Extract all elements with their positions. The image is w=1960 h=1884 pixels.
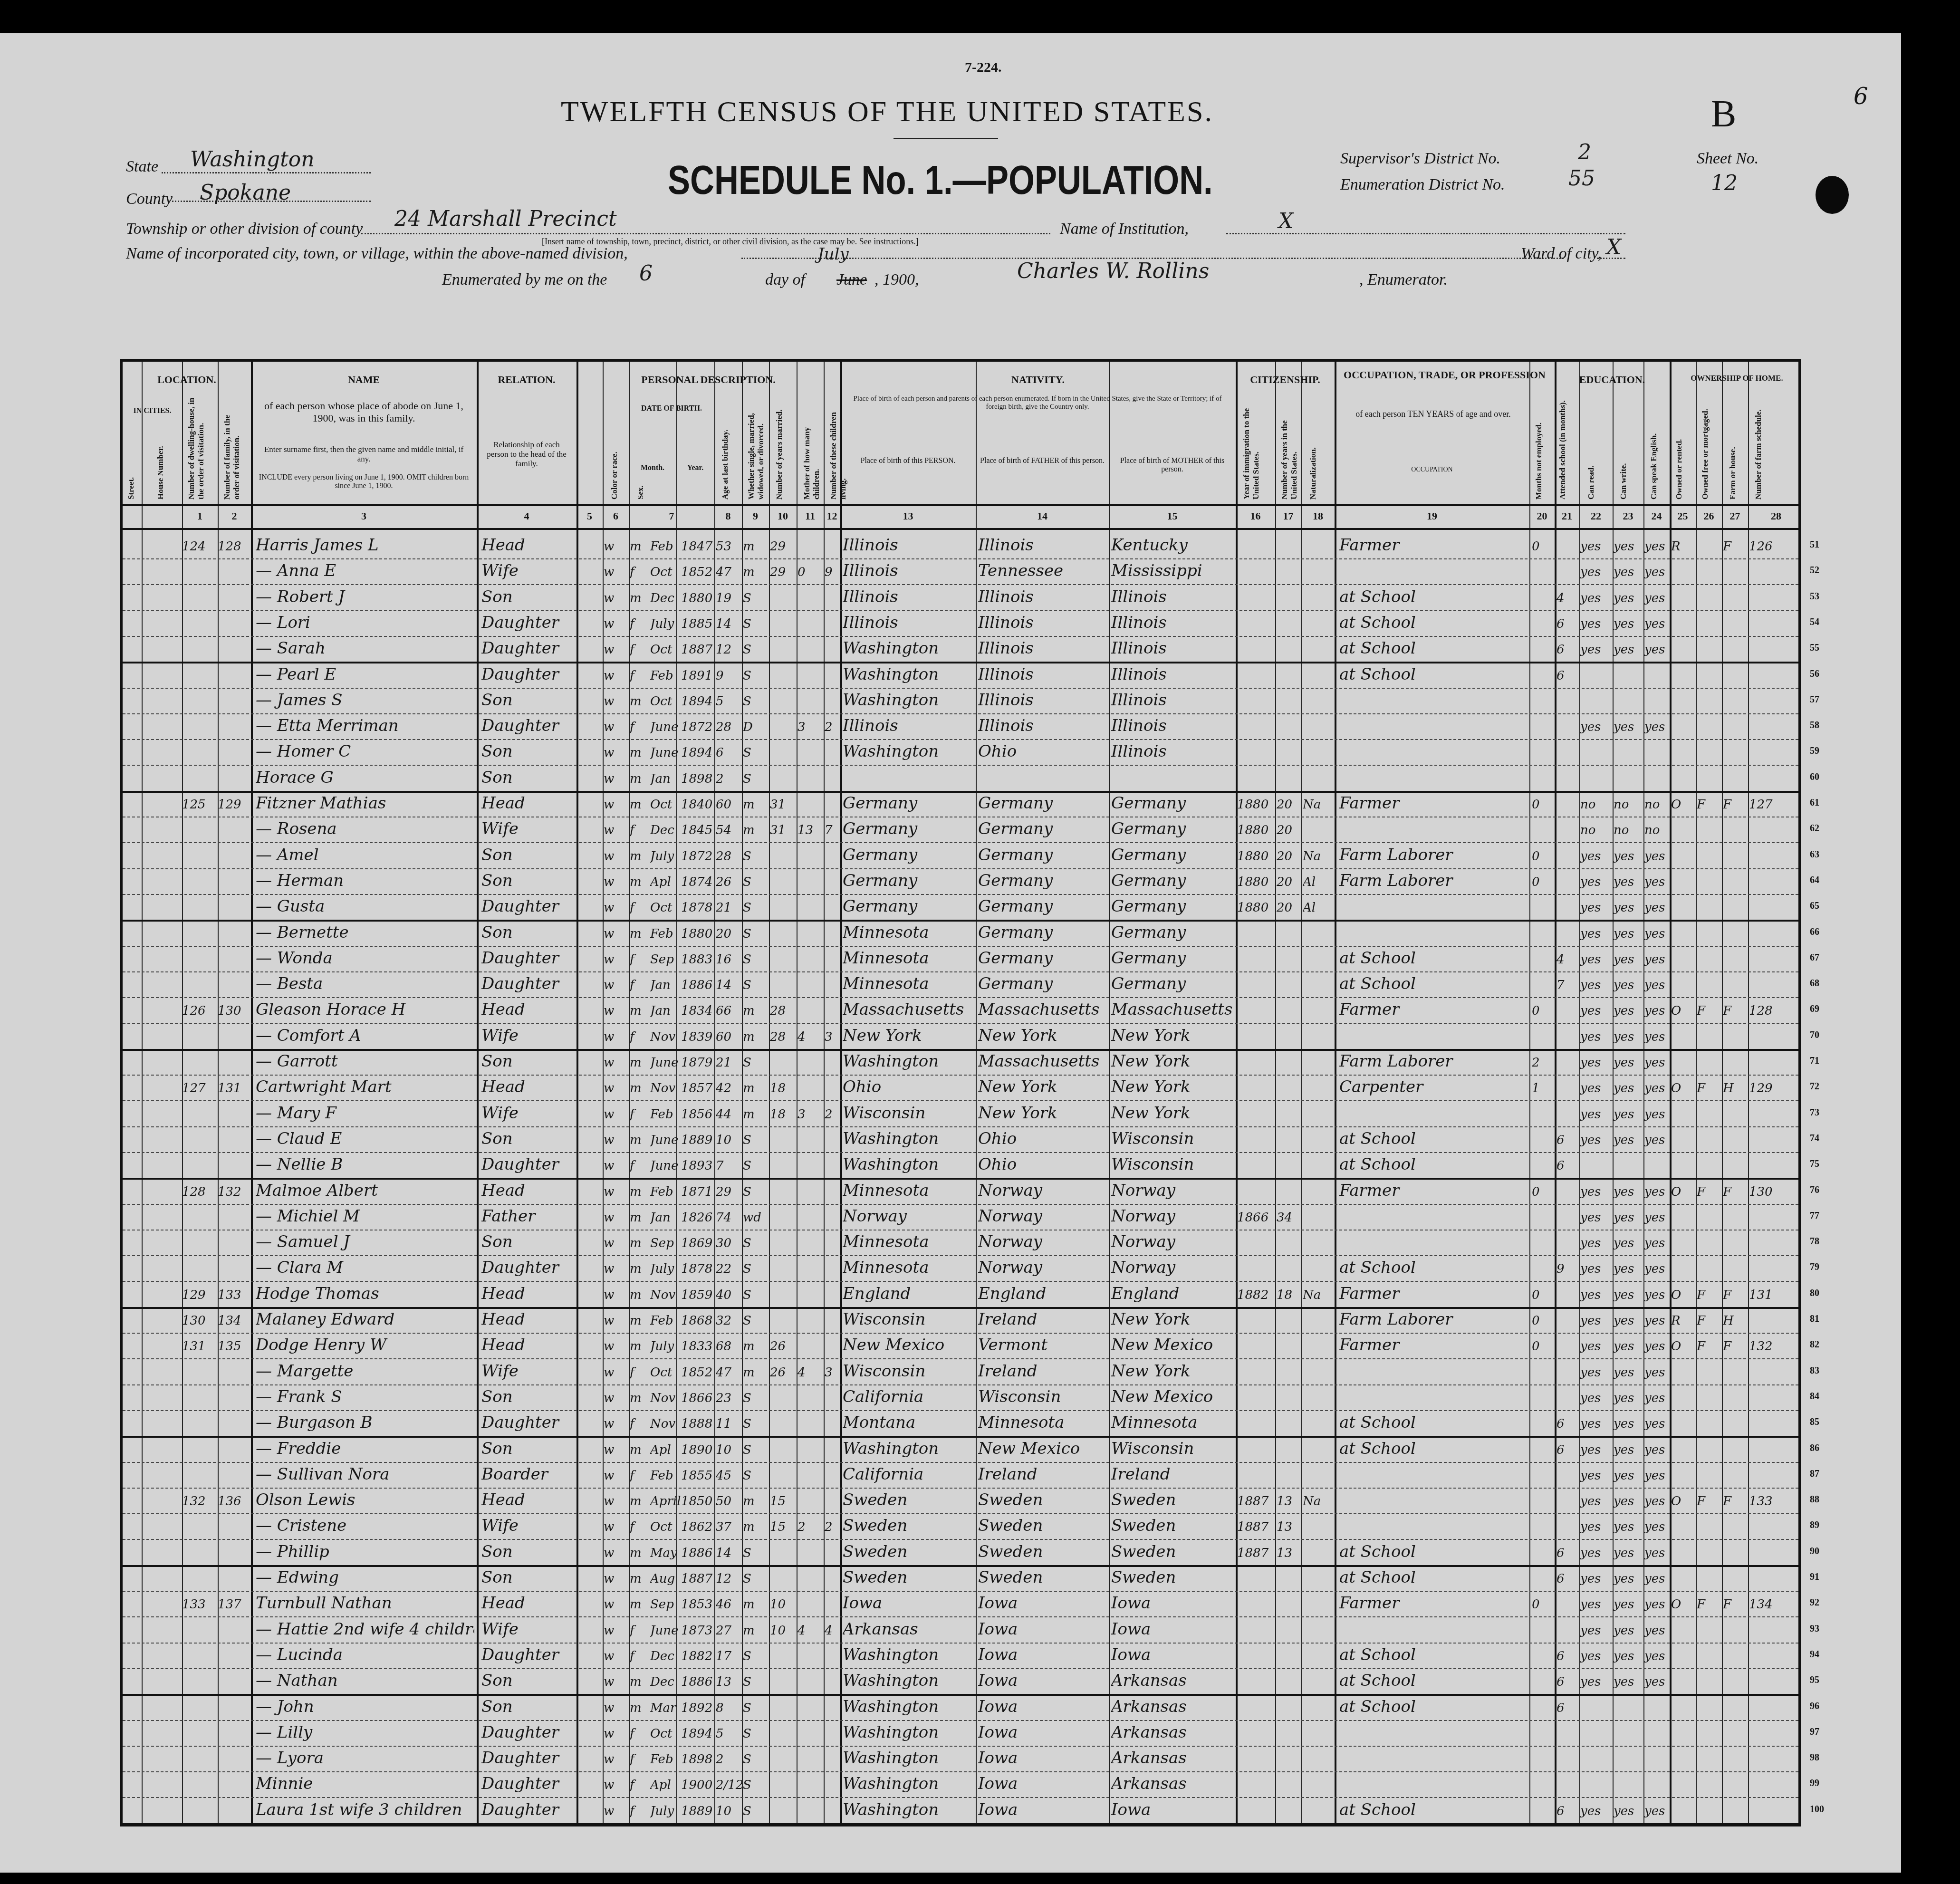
mother-of-label: Mother of how many children.: [802, 395, 821, 500]
line-number: 56: [1810, 669, 1819, 680]
cell-sex: f: [630, 617, 651, 631]
cell-sex: m: [630, 1211, 651, 1225]
children-living-label: Number of these children living.: [829, 395, 848, 500]
population-table: LOCATION. NAME RELATION. PERSONAL DESCRI…: [120, 359, 1801, 1826]
cell-pob-father: Ireland: [978, 1465, 1109, 1484]
cell-sex: m: [630, 746, 651, 760]
line-number: 92: [1810, 1597, 1819, 1608]
cell-pob: Washington: [843, 1052, 976, 1071]
cell-year: 1862: [681, 1520, 714, 1534]
cell-read: yes: [1580, 1494, 1613, 1509]
cell-write: yes: [1614, 1417, 1643, 1431]
cell-marital: S: [743, 1727, 769, 1741]
cell-name: — Etta Merriman: [256, 716, 474, 735]
group-name: NAME: [251, 374, 477, 386]
institution-label: Name of Institution,: [1060, 220, 1189, 238]
cell-living: 3: [825, 1030, 840, 1044]
cell-relation: Son: [481, 1439, 574, 1458]
line-number: 75: [1810, 1159, 1819, 1170]
cell-pob-father: New York: [978, 1104, 1109, 1123]
cell-relation: Son: [481, 1542, 574, 1561]
cell-mother-of: 3: [797, 1107, 824, 1122]
cell-relation: Daughter: [481, 716, 574, 735]
cell-year: 1885: [681, 617, 714, 631]
cell-pob-mother: Illinois: [1111, 691, 1236, 710]
cell-age: 2/12: [716, 1778, 742, 1792]
cell-school: 6: [1556, 1701, 1579, 1715]
months-unemployed-label: Months not employed.: [1534, 409, 1544, 500]
cell-age: 40: [716, 1288, 742, 1302]
cell-pob-mother: Massachusetts: [1111, 1000, 1236, 1019]
cell-year: 1868: [681, 1314, 714, 1328]
cell-sex: m: [630, 1133, 651, 1147]
cell-age: 7: [716, 1159, 742, 1173]
cell-name: — Sullivan Nora: [256, 1465, 474, 1484]
cell-sex: m: [630, 1701, 651, 1715]
cell-write: yes: [1614, 1185, 1643, 1199]
cell-read: yes: [1580, 1675, 1613, 1689]
cell-pob-father: England: [978, 1284, 1109, 1303]
table-row: — RosenaWifewfDec184554m31137GermanyGerm…: [123, 817, 1798, 844]
cell-name: Hodge Thomas: [256, 1284, 474, 1303]
cell-occupation: at School: [1339, 665, 1529, 684]
cell-age: 60: [716, 1030, 742, 1044]
cell-age: 29: [716, 1185, 742, 1199]
cell-schedule: 132: [1749, 1339, 1801, 1354]
cell-age: 44: [716, 1107, 742, 1122]
cell-occupation: at School: [1339, 1568, 1529, 1587]
cell-schedule: 127: [1749, 798, 1801, 812]
group-occupation: OCCUPATION, TRADE, OR PROFESSION: [1335, 369, 1555, 381]
cell-pob-father: Iowa: [978, 1749, 1109, 1768]
cell-color: w: [604, 772, 627, 786]
cell-year: 1840: [681, 798, 714, 812]
cell-color: w: [604, 823, 627, 837]
cell-write: yes: [1614, 643, 1643, 657]
line-number: 71: [1810, 1056, 1819, 1067]
cell-sex: f: [630, 643, 651, 657]
township-label: Township or other division of county: [126, 220, 363, 238]
cell-dwelling: 130: [182, 1314, 218, 1328]
cell-sex: m: [630, 1443, 651, 1457]
cell-sex: m: [630, 1004, 651, 1018]
cell-speak: yes: [1644, 1391, 1670, 1405]
cell-age: 47: [716, 1365, 742, 1380]
cell-speak: yes: [1644, 1262, 1670, 1276]
cell-unemployed: 0: [1532, 1597, 1555, 1612]
cell-speak: yes: [1644, 1597, 1670, 1612]
cell-marital: m: [743, 565, 769, 579]
cell-marital: S: [743, 1262, 769, 1276]
cell-color: w: [604, 1417, 627, 1431]
line-number: 60: [1810, 772, 1819, 783]
month-struck: June: [836, 271, 867, 289]
cell-unemployed: 0: [1532, 875, 1555, 889]
cell-marital: S: [743, 669, 769, 683]
cell-year: 1857: [681, 1081, 714, 1096]
cell-free: F: [1697, 1081, 1722, 1096]
cell-pob-mother: Illinois: [1111, 716, 1236, 735]
cell-pob: Sweden: [843, 1490, 976, 1509]
cell-read: yes: [1580, 643, 1613, 657]
cell-year: 1898: [681, 1752, 714, 1767]
column-number: 20: [1529, 510, 1555, 522]
cell-unemployed: 0: [1532, 1004, 1555, 1018]
cell-marital: S: [743, 617, 769, 631]
line-number: 81: [1810, 1314, 1819, 1325]
cell-marital: S: [743, 1185, 769, 1199]
cell-occupation: Farmer: [1339, 1181, 1529, 1200]
cell-pob-father: Ireland: [978, 1362, 1109, 1381]
cell-marital: wd: [743, 1211, 769, 1225]
cell-color: w: [604, 1727, 627, 1741]
cell-color: w: [604, 1804, 627, 1818]
table-row: — Etta MerrimanDaughterwfJune187228D32Il…: [123, 713, 1798, 740]
cell-pob: Minnesota: [843, 1258, 976, 1277]
table-row: — FreddieSonwmApl189010SWashingtonNew Me…: [123, 1436, 1798, 1463]
cell-speak: yes: [1644, 643, 1670, 657]
cell-speak: yes: [1644, 978, 1670, 992]
cell-occupation: at School: [1339, 639, 1529, 658]
cell-read: yes: [1580, 539, 1613, 554]
cell-year: 1893: [681, 1159, 714, 1173]
cell-color: w: [604, 643, 627, 657]
cell-speak: yes: [1644, 1624, 1670, 1638]
cell-color: w: [604, 1649, 627, 1663]
cell-color: w: [604, 1133, 627, 1147]
line-number: 54: [1810, 617, 1819, 628]
cell-pob-mother: Norway: [1111, 1258, 1236, 1277]
cell-color: w: [604, 539, 627, 554]
cell-pob-father: Massachusetts: [978, 1000, 1109, 1019]
cell-pob: Germany: [843, 794, 976, 813]
cell-year: 1869: [681, 1236, 714, 1250]
cell-sex: m: [630, 875, 651, 889]
cell-free: F: [1697, 798, 1722, 812]
table-row: — Frank SSonwmNov186623SCaliforniaWiscon…: [123, 1384, 1798, 1412]
cell-speak: yes: [1644, 927, 1670, 941]
cell-relation: Son: [481, 691, 574, 710]
cell-mother-of: 3: [797, 720, 824, 734]
cell-relation: Son: [481, 1568, 574, 1587]
group-personal: PERSONAL DESCRIPTION.: [576, 374, 840, 386]
cell-pob-mother: Sweden: [1111, 1516, 1236, 1535]
margin-note: 6: [1854, 83, 1868, 110]
supervisor-label: Supervisor's District No.: [1340, 150, 1500, 168]
cell-pob-mother: Illinois: [1111, 587, 1236, 606]
cell-pob-father: Sweden: [978, 1516, 1109, 1535]
cell-pob: Washington: [843, 1439, 976, 1458]
cell-name: — Garrott: [256, 1052, 474, 1071]
cell-write: yes: [1614, 1339, 1643, 1354]
line-number: 97: [1810, 1727, 1819, 1738]
cell-yrs-married: 29: [770, 539, 796, 554]
cell-pob: Sweden: [843, 1542, 976, 1561]
cell-pob-mother: New York: [1111, 1104, 1236, 1123]
line-number: 73: [1810, 1107, 1819, 1118]
cell-color: w: [604, 1443, 627, 1457]
cell-age: 2: [716, 772, 742, 786]
cell-unemployed: 0: [1532, 1288, 1555, 1302]
ward-value: X: [1606, 235, 1621, 260]
cell-age: 19: [716, 591, 742, 606]
table-row: — SarahDaughterwfOct188712SWashingtonIll…: [123, 636, 1798, 663]
table-row: 126130Gleason Horace HHeadwmJan183466m28…: [123, 997, 1798, 1024]
cell-relation: Daughter: [481, 1413, 574, 1432]
column-number: 7: [629, 510, 714, 522]
cell-dwelling: 128: [182, 1185, 218, 1199]
cell-pob-father: Iowa: [978, 1620, 1109, 1639]
column-number: 17: [1275, 510, 1301, 522]
cell-owned: O: [1671, 1081, 1696, 1096]
cell-sex: f: [630, 1030, 651, 1044]
cell-pob-mother: Iowa: [1111, 1594, 1236, 1613]
table-row: — JohnSonwmMar18928SWashingtonIowaArkans…: [123, 1694, 1798, 1721]
cell-relation: Son: [481, 1052, 574, 1071]
cell-school: 4: [1556, 952, 1579, 967]
cell-relation: Wife: [481, 561, 574, 580]
cell-occupation: Farm Laborer: [1339, 1310, 1529, 1329]
cell-year: 1886: [681, 1675, 714, 1689]
cell-read: yes: [1580, 1211, 1613, 1225]
cell-write: no: [1614, 823, 1643, 837]
cell-year: 1882: [681, 1649, 714, 1663]
cell-relation: Boarder: [481, 1465, 574, 1484]
cell-color: w: [604, 591, 627, 606]
cell-relation: Daughter: [481, 639, 574, 658]
cell-name: — Wonda: [256, 949, 474, 968]
cell-year: 1883: [681, 952, 714, 967]
enumerated-label: Enumerated by me on the: [442, 271, 607, 289]
table-row: — Sullivan NoraBoarderwfFeb185545SCalifo…: [123, 1462, 1798, 1489]
cell-nat: Na: [1303, 1288, 1335, 1302]
line-number: 86: [1810, 1443, 1819, 1454]
cell-year: 1887: [681, 643, 714, 657]
cell-year: 1833: [681, 1339, 714, 1354]
cell-unemployed: 0: [1532, 1314, 1555, 1328]
cell-unemployed: 1: [1532, 1081, 1555, 1096]
cell-pob: Washington: [843, 1723, 976, 1742]
cell-nat: Na: [1303, 798, 1335, 812]
cell-yrs-us: 20: [1277, 849, 1301, 864]
table-row: — Robert JSonwmDec188019SIllinoisIllinoi…: [123, 585, 1798, 612]
cell-name: — Frank S: [256, 1387, 474, 1406]
table-row: MinnieDaughterwfApl19002/12SWashingtonIo…: [123, 1771, 1798, 1798]
table-row: — Michiel MFatherwmJan182674wdNorwayNorw…: [123, 1204, 1798, 1231]
cell-age: 54: [716, 823, 742, 837]
table-row: — LyoraDaughterwfFeb18982SWashingtonIowa…: [123, 1746, 1798, 1773]
cell-pob-father: Iowa: [978, 1645, 1109, 1664]
cell-color: w: [604, 746, 627, 760]
cell-pob: Illinois: [843, 613, 976, 632]
cell-marital: S: [743, 1752, 769, 1767]
cell-write: no: [1614, 798, 1643, 812]
column-number: 9: [742, 510, 769, 522]
cell-nat: Al: [1303, 875, 1335, 889]
cell-occupation: Farmer: [1339, 1336, 1529, 1355]
line-number: 57: [1810, 694, 1819, 705]
line-number: 52: [1810, 565, 1819, 576]
cell-sex: m: [630, 1597, 651, 1612]
cell-color: w: [604, 875, 627, 889]
cell-write: yes: [1614, 952, 1643, 967]
cell-yrs-married: 15: [770, 1494, 796, 1509]
cell-pob: Washington: [843, 1155, 976, 1174]
street-label: Street.: [126, 423, 136, 500]
cell-marital: m: [743, 1004, 769, 1018]
cell-name: — Lucinda: [256, 1645, 474, 1664]
cell-name: — Margette: [256, 1362, 474, 1381]
cell-age: 14: [716, 1546, 742, 1560]
cell-pob: Washington: [843, 1671, 976, 1690]
cell-color: w: [604, 1624, 627, 1638]
cell-speak: yes: [1644, 1572, 1670, 1586]
cell-pob-mother: Sweden: [1111, 1542, 1236, 1561]
cell-owned: O: [1671, 1004, 1696, 1018]
cell-read: yes: [1580, 1081, 1613, 1096]
table-row: — EdwingSonwmAug188712SSwedenSwedenSwede…: [123, 1565, 1798, 1592]
cell-name: — Gusta: [256, 897, 474, 916]
group-relation: RELATION.: [477, 374, 576, 386]
cell-sex: f: [630, 1159, 651, 1173]
cell-yrs-us: 20: [1277, 901, 1301, 915]
cell-mother-of: 13: [797, 823, 824, 837]
cell-relation: Daughter: [481, 1723, 574, 1742]
cell-marital: m: [743, 1339, 769, 1354]
cell-sex: f: [630, 823, 651, 837]
cell-pob: Washington: [843, 691, 976, 710]
table-row: — Hattie 2nd wife 4 childrenWifewfJune18…: [123, 1617, 1798, 1644]
cell-color: w: [604, 694, 627, 709]
cell-pob-father: Norway: [978, 1258, 1109, 1277]
table-row: — LillyDaughterwfOct18945SWashingtonIowa…: [123, 1720, 1798, 1747]
cell-school: 6: [1556, 1675, 1579, 1689]
state-label: State: [126, 158, 158, 176]
cell-speak: yes: [1644, 1211, 1670, 1225]
cell-name: — Phillip: [256, 1542, 474, 1561]
cell-sex: m: [630, 1391, 651, 1405]
cell-age: 32: [716, 1314, 742, 1328]
cell-family: 132: [218, 1185, 251, 1199]
cell-age: 13: [716, 1675, 742, 1689]
cell-color: w: [604, 1546, 627, 1560]
cell-pob: Minnesota: [843, 923, 976, 942]
cell-age: 27: [716, 1624, 742, 1638]
cell-sex: m: [630, 1675, 651, 1689]
cell-family: 137: [218, 1597, 251, 1612]
cell-pob-father: Illinois: [978, 536, 1109, 555]
cell-color: w: [604, 1339, 627, 1354]
cell-year: 1889: [681, 1804, 714, 1818]
enumeration-value: 55: [1568, 166, 1595, 191]
cell-read: yes: [1580, 1314, 1613, 1328]
cell-age: 12: [716, 1572, 742, 1586]
cell-read: yes: [1580, 1417, 1613, 1431]
cell-pob: Illinois: [843, 536, 976, 555]
cell-write: yes: [1614, 1572, 1643, 1586]
cell-dwelling: 131: [182, 1339, 218, 1354]
cell-year: 1859: [681, 1288, 714, 1302]
cell-speak: yes: [1644, 591, 1670, 606]
cell-year: 1878: [681, 901, 714, 915]
cell-pob-mother: New York: [1111, 1310, 1236, 1329]
cell-school: 6: [1556, 1443, 1579, 1457]
cell-pob-mother: New Mexico: [1111, 1336, 1236, 1355]
table-row: — LoriDaughterwfJuly188514SIllinoisIllin…: [123, 610, 1798, 637]
cell-immig: 1882: [1237, 1288, 1275, 1302]
cell-age: 11: [716, 1417, 742, 1431]
column-number: 23: [1613, 510, 1643, 522]
cell-family: 130: [218, 1004, 251, 1018]
cell-pob-father: Tennessee: [978, 561, 1109, 580]
cell-sex: f: [630, 1778, 651, 1792]
cell-living: 2: [825, 1107, 840, 1122]
line-number: 99: [1810, 1778, 1819, 1789]
cell-year: 1856: [681, 1107, 714, 1122]
cell-relation: Head: [481, 1000, 574, 1019]
cell-color: w: [604, 669, 627, 683]
cell-year: 1880: [681, 591, 714, 606]
cell-pob: Germany: [843, 871, 976, 890]
cell-pob: Massachusetts: [843, 1000, 976, 1019]
cell-mother-of: 4: [797, 1365, 824, 1380]
cell-age: 53: [716, 539, 742, 554]
cell-color: w: [604, 617, 627, 631]
cell-farm: H: [1723, 1314, 1748, 1328]
table-row: 130134Malaney EdwardHeadwmFeb186832SWisc…: [123, 1307, 1798, 1334]
cell-write: yes: [1614, 1288, 1643, 1302]
cell-speak: yes: [1644, 539, 1670, 554]
column-number: 28: [1748, 510, 1804, 522]
line-number: 95: [1810, 1675, 1819, 1686]
cell-yrs-us: 20: [1277, 875, 1301, 889]
cell-occupation: at School: [1339, 1155, 1529, 1174]
cell-occupation: Carpenter: [1339, 1077, 1529, 1096]
cell-pob-father: Wisconsin: [978, 1387, 1109, 1406]
cell-immig: 1887: [1237, 1494, 1275, 1509]
institution-value: X: [1278, 209, 1293, 233]
cell-color: w: [604, 1520, 627, 1534]
cell-yrs-us: 34: [1277, 1211, 1301, 1225]
cell-speak: yes: [1644, 1365, 1670, 1380]
table-row: — Homer CSonwmJune18946SWashingtonOhioIl…: [123, 739, 1798, 766]
name-instr: Enter surname first, then the given name…: [258, 445, 470, 464]
table-row: — BernetteSonwmFeb188020SMinnesotaGerman…: [123, 920, 1798, 947]
cell-marital: m: [743, 823, 769, 837]
cell-color: w: [604, 1081, 627, 1096]
cell-write: yes: [1614, 1133, 1643, 1147]
cell-speak: yes: [1644, 1675, 1670, 1689]
cell-family: 133: [218, 1288, 251, 1302]
table-row: — LucindaDaughterwfDec188217SWashingtonI…: [123, 1643, 1798, 1670]
cell-color: w: [604, 901, 627, 915]
cell-color: w: [604, 1391, 627, 1405]
cell-relation: Wife: [481, 1362, 574, 1381]
cell-relation: Wife: [481, 819, 574, 838]
cell-pob: Sweden: [843, 1568, 976, 1587]
cell-family: 131: [218, 1081, 251, 1096]
pob-person-label: Place of birth of this PERSON.: [840, 457, 976, 465]
cell-year: 1888: [681, 1417, 714, 1431]
cell-marital: S: [743, 1701, 769, 1715]
cell-pob-mother: Ireland: [1111, 1465, 1236, 1484]
column-number: 25: [1670, 510, 1696, 522]
column-number: 18: [1301, 510, 1335, 522]
cell-sex: f: [630, 1365, 651, 1380]
enumerated-year: , 1900,: [874, 271, 919, 289]
cell-write: yes: [1614, 1624, 1643, 1638]
cell-occupation: Farmer: [1339, 1594, 1529, 1613]
